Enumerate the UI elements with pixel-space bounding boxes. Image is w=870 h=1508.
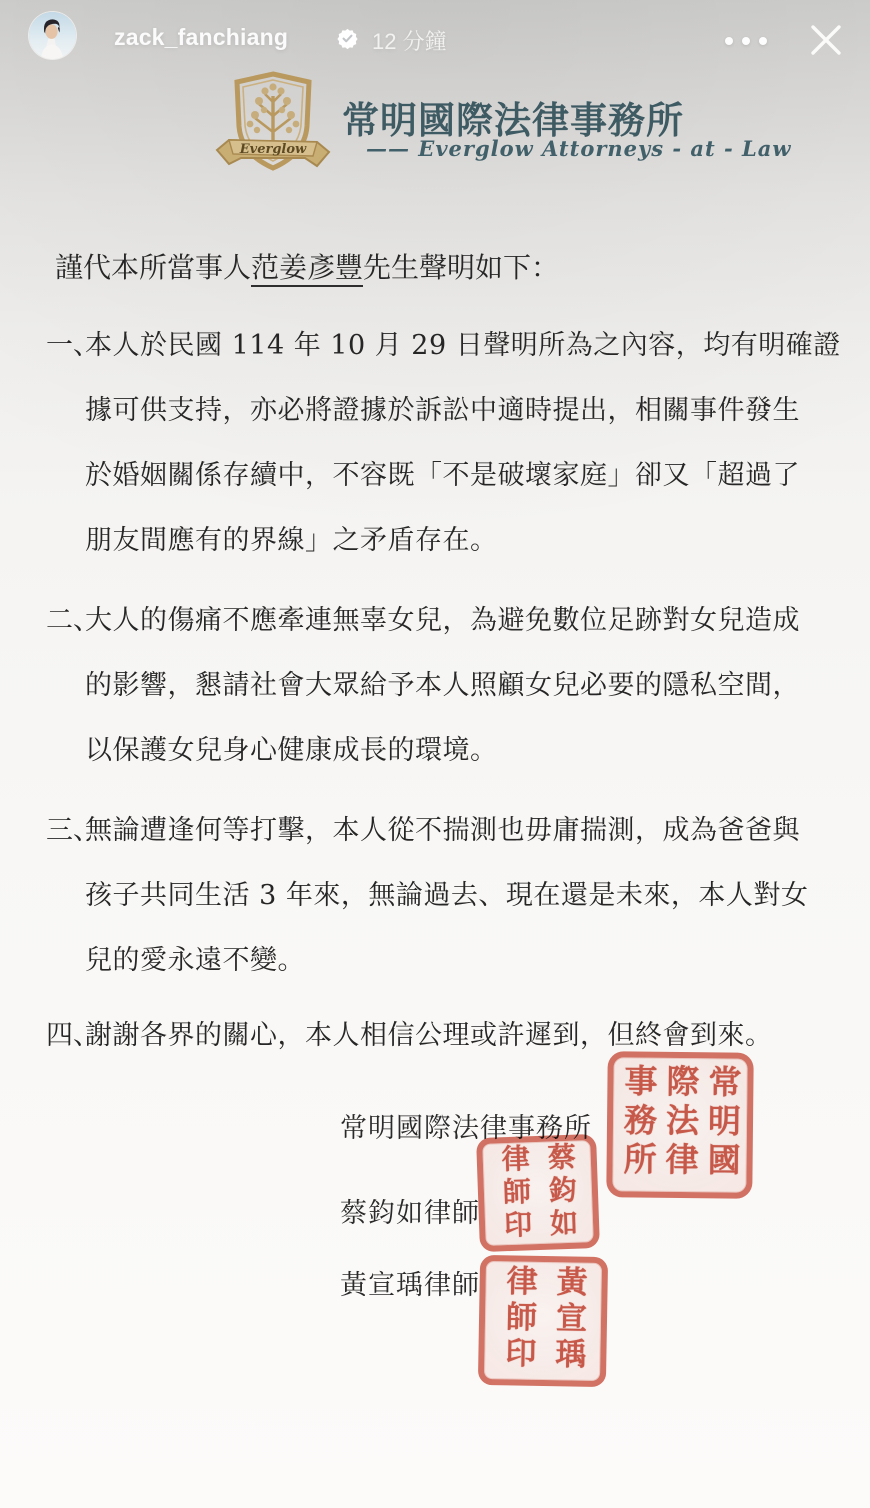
statement-line: 無論遭逢何等打擊，本人從不揣測也毋庸揣測，成為爸爸與 [85,798,836,863]
intro-line: 謹代本所當事人范姜彥豐先生聲明如下： [55,246,559,286]
client-name: 范姜彥豐 [251,251,363,287]
statement-line: 大人的傷痛不應牽連無辜女兒，為避免數位足跡對女兒造成 [85,588,836,653]
intro-suffix: 先生聲明如下： [363,251,559,284]
item-number: 三、 [46,798,100,863]
lawyer1-seal: 蔡鈞如律師印 [476,1134,600,1252]
firm-seal: 常明國際法律事務所 [606,1051,754,1199]
statement-line: 兒的愛永遠不變。 [85,928,836,993]
statement-item-3: 三、 無論遭逢何等打擊，本人從不揣測也毋庸揣測，成為爸爸與 孩子共同生活 3 年… [46,798,836,993]
item-number: 一、 [46,313,100,378]
story-viewer: zack_fanchiang 12 分鐘 [0,0,870,1508]
intro-prefix: 謹代本所當事人 [55,251,251,284]
statement-document: 謹代本所當事人范姜彥豐先生聲明如下： 一、 本人於民國 114 年 10 月 2… [0,0,870,1508]
statement-line: 的影響，懇請社會大眾給予本人照顧女兒必要的隱私空間， [85,653,836,718]
lawyer2-seal: 黃宣瑀律師印 [478,1255,608,1387]
statement-line: 朋友間應有的界線」之矛盾存在。 [85,508,836,573]
lawyer1-seal-text: 蔡鈞如律師印 [490,1141,585,1244]
statement-item-1: 一、 本人於民國 114 年 10 月 29 日聲明所為之內容，均有明確證 據可… [46,313,836,573]
lawyer1-signature: 蔡鈞如律師 [340,1191,480,1230]
firm-seal-text: 常明國際法律事務所 [616,1063,743,1186]
lawyer2-seal-text: 黃宣瑀律師印 [492,1264,594,1378]
statement-line: 據可供支持，亦必將證據於訴訟中適時提出，相關事件發生 [85,378,836,443]
statement-line: 孩子共同生活 3 年來，無論過去、現在還是未來，本人對女 [85,863,836,928]
lawyer2-signature: 黃宣瑀律師 [340,1263,480,1302]
statement-line: 以保護女兒身心健康成長的環境。 [85,718,836,783]
item-number: 四、 [46,1003,100,1068]
statement-line: 於婚姻關係存續中，不容既「不是破壞家庭」卻又「超過了 [85,443,836,508]
statement-item-2: 二、 大人的傷痛不應牽連無辜女兒，為避免數位足跡對女兒造成 的影響，懇請社會大眾… [46,588,836,783]
item-number: 二、 [46,588,100,653]
statement-line: 本人於民國 114 年 10 月 29 日聲明所為之內容，均有明確證 [85,313,836,378]
